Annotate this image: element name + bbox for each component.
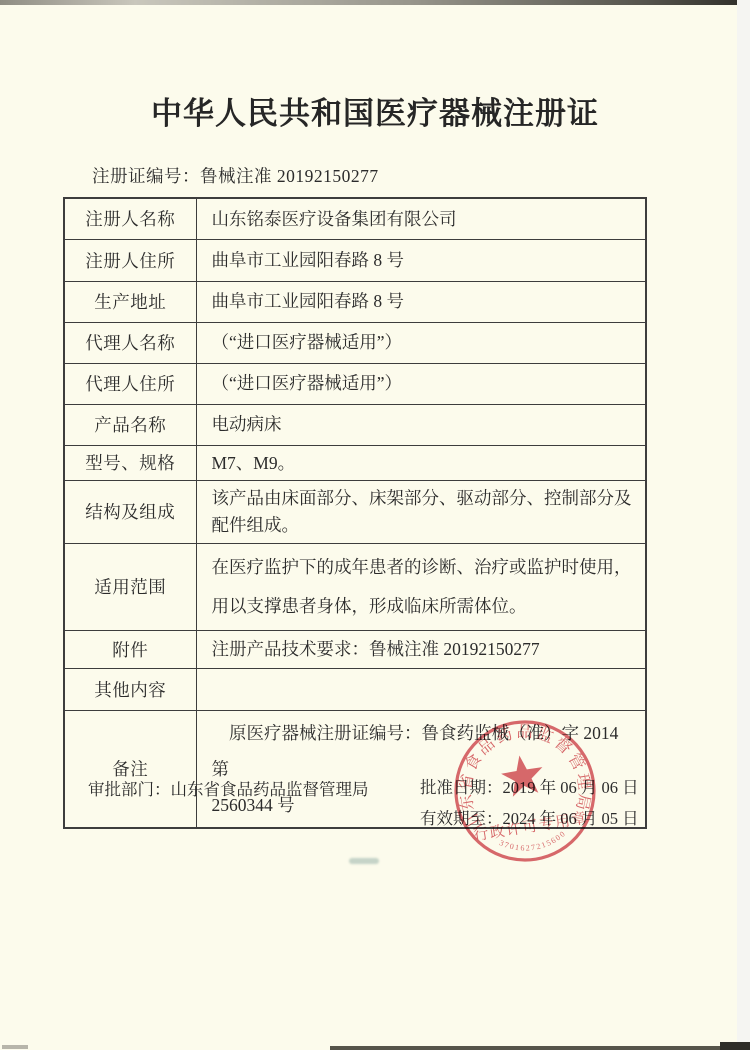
table-row: 代理人住所（“进口医疗器械适用”） <box>64 363 646 404</box>
scan-corner-mark <box>720 1042 750 1050</box>
row-value: （“进口医疗器械适用”） <box>196 363 646 404</box>
row-value: 电动病床 <box>196 404 646 445</box>
row-label: 生产地址 <box>64 281 196 322</box>
certificate-number-label: 注册证编号： <box>92 166 200 186</box>
row-value: （“进口医疗器械适用”） <box>196 322 646 363</box>
certificate-page: 中华人民共和国医疗器械注册证 注册证编号：鲁械注准 20192150277 注册… <box>0 0 750 1050</box>
table-row: 附件注册产品技术要求：鲁械注准 20192150277 <box>64 630 646 668</box>
row-label: 代理人名称 <box>64 322 196 363</box>
table-row: 适用范围在医疗监护下的成年患者的诊断、治疗或监护时使用， 用以支撑患者身体，形成… <box>64 543 646 630</box>
row-value: 曲阜市工业园阳春路 8 号 <box>196 281 646 322</box>
row-label: 结构及组成 <box>64 480 196 543</box>
row-value: 在医疗监护下的成年患者的诊断、治疗或监护时使用， 用以支撑患者身体，形成临床所需… <box>196 543 646 630</box>
row-label: 代理人住所 <box>64 363 196 404</box>
certificate-number-value: 鲁械注准 20192150277 <box>200 166 379 186</box>
scan-edge-top <box>0 0 750 5</box>
row-value: 注册产品技术要求：鲁械注准 20192150277 <box>196 630 646 668</box>
row-value: 曲阜市工业园阳春路 8 号 <box>196 239 646 281</box>
table-row: 型号、规格M7、M9。 <box>64 445 646 480</box>
row-label: 产品名称 <box>64 404 196 445</box>
row-label: 备注 <box>64 710 196 828</box>
row-label: 注册人名称 <box>64 198 196 239</box>
table-row: 注册人住所曲阜市工业园阳春路 8 号 <box>64 239 646 281</box>
table-row: 其他内容 <box>64 668 646 710</box>
seal-star-icon <box>499 752 547 798</box>
scan-edge-right <box>737 0 750 1050</box>
scan-smudge <box>349 858 379 864</box>
row-value: 该产品由床面部分、床架部分、驱动部分、控制部分及 配件组成。 <box>196 480 646 543</box>
row-label: 注册人住所 <box>64 239 196 281</box>
table-row: 代理人名称（“进口医疗器械适用”） <box>64 322 646 363</box>
seal-banner-text: 行政许可专用章 <box>472 809 589 845</box>
row-label: 型号、规格 <box>64 445 196 480</box>
official-seal: 山东省食品药品监督管理局 行政许可专用章 3701627215600 <box>437 703 613 879</box>
table-row: 生产地址曲阜市工业园阳春路 8 号 <box>64 281 646 322</box>
table-row: 注册人名称山东铭泰医疗设备集团有限公司 <box>64 198 646 239</box>
row-value: M7、M9。 <box>196 445 646 480</box>
certificate-number-line: 注册证编号：鲁械注准 20192150277 <box>92 163 379 188</box>
row-label: 其他内容 <box>64 668 196 710</box>
row-label: 适用范围 <box>64 543 196 630</box>
scan-edge-bottom <box>330 1046 750 1050</box>
page-title: 中华人民共和国医疗器械注册证 <box>0 88 750 133</box>
table-row: 产品名称电动病床 <box>64 404 646 445</box>
row-label: 附件 <box>64 630 196 668</box>
scan-dash-bottom-left <box>2 1045 28 1049</box>
table-row: 结构及组成该产品由床面部分、床架部分、驱动部分、控制部分及 配件组成。 <box>64 480 646 543</box>
row-value: 山东铭泰医疗设备集团有限公司 <box>196 198 646 239</box>
approval-department: 审批部门：山东省食品药品监督管理局 <box>88 776 369 800</box>
